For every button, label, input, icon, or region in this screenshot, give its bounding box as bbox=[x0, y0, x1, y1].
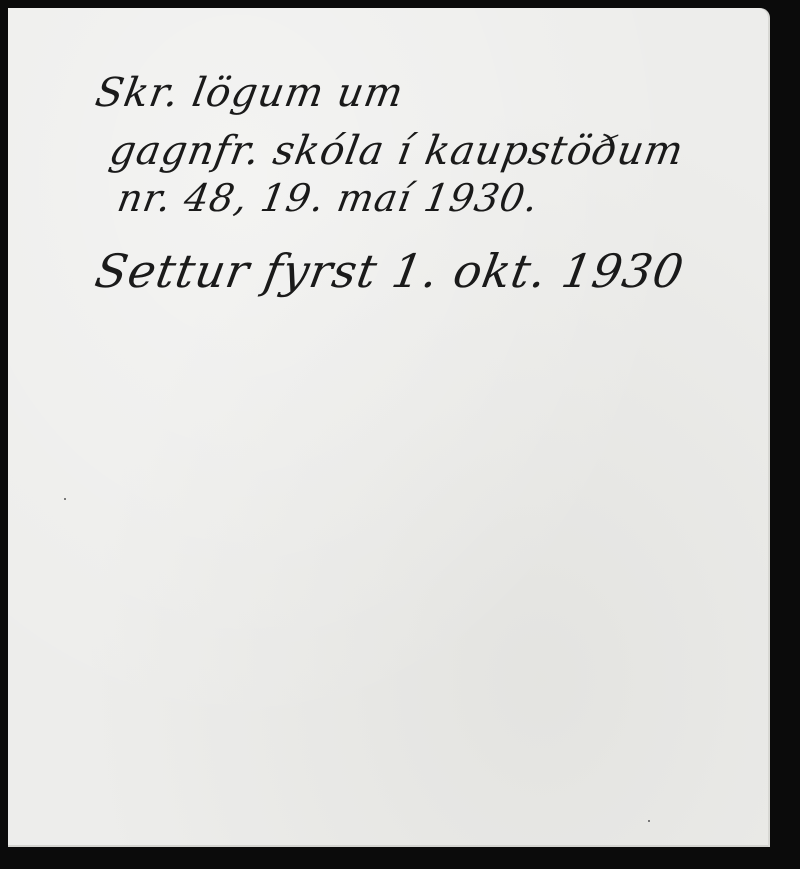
handwritten-line-1: Skr. lögum um bbox=[92, 70, 407, 116]
handwritten-line-3: nr. 48, 19. maí 1930. bbox=[114, 176, 542, 220]
paper-speck bbox=[648, 820, 650, 822]
handwritten-line-2: gagnfr. skóla í kaupstöðum bbox=[106, 128, 688, 174]
paper-speck bbox=[64, 498, 66, 500]
paper-card: Skr. lögum um gagnfr. skóla í kaupstöðum… bbox=[8, 8, 770, 847]
handwritten-line-4: Settur fyrst 1. okt. 1930 bbox=[91, 244, 688, 298]
